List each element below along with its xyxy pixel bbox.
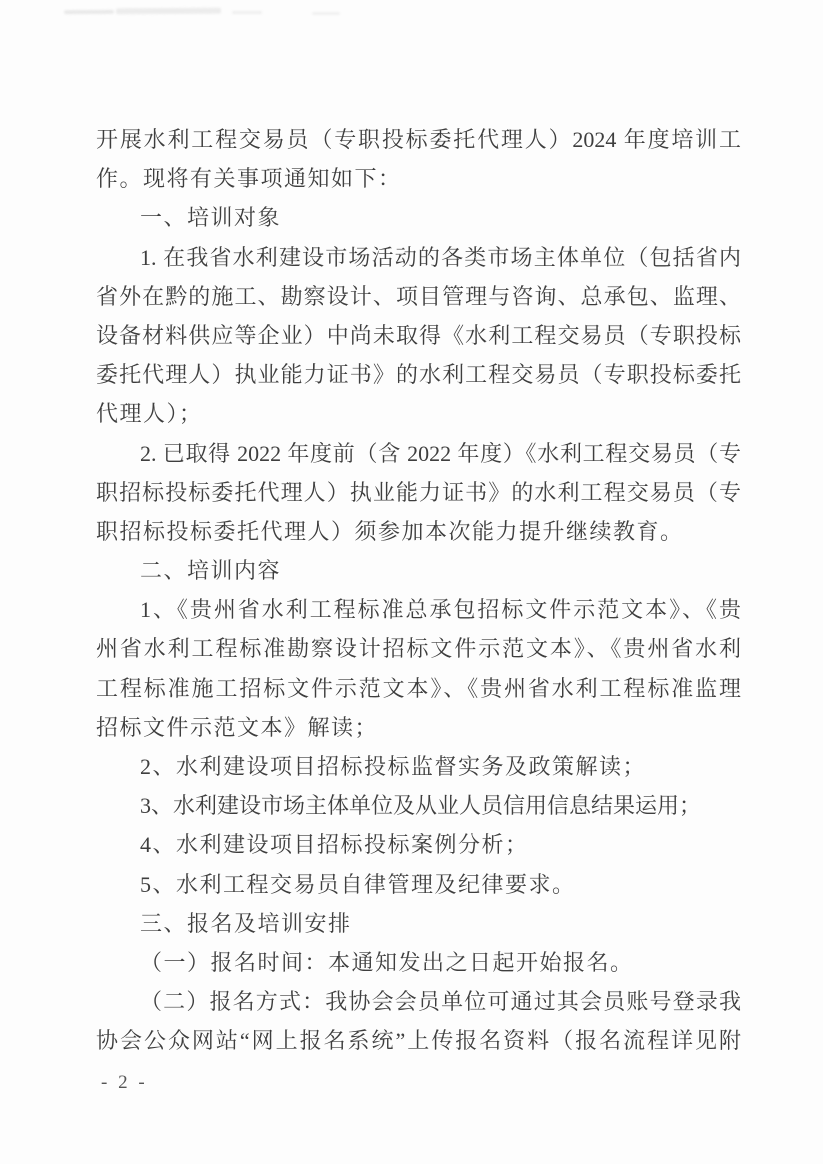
document-body: 开展水利工程交易员（专职投标委托代理人）2024 年度培训工 作。现将有关事项通… — [96, 120, 741, 1061]
section-heading-training-targets: 一、培训对象 — [96, 198, 741, 237]
doc-line: （一）报名时间：本通知发出之日起开始报名。 — [96, 943, 741, 982]
section-heading-training-content: 二、培训内容 — [96, 551, 741, 590]
doc-line: 5、水利工程交易员自律管理及纪律要求。 — [96, 865, 741, 904]
doc-line: 委托代理人）执业能力证书》的水利工程交易员（专职投标委托 — [96, 355, 741, 394]
doc-line: 4、水利建设项目招标投标案例分析； — [96, 825, 741, 864]
doc-line: 2、水利建设项目招标投标监督实务及政策解读； — [96, 747, 741, 786]
doc-line: 职招标投标委托代理人）须参加本次能力提升继续教育。 — [96, 512, 741, 551]
scan-artifact — [116, 8, 221, 15]
scan-artifact — [312, 12, 340, 15]
doc-line: 2. 已取得 2022 年度前（含 2022 年度）《水利工程交易员（专 — [96, 434, 741, 473]
doc-line: 开展水利工程交易员（专职投标委托代理人）2024 年度培训工 — [96, 120, 741, 159]
doc-line: 作。现将有关事项通知如下： — [96, 159, 741, 198]
doc-line: 协会公众网站“网上报名系统”上传报名资料（报名流程详见附 — [96, 1021, 741, 1060]
doc-line: 1. 在我省水利建设市场活动的各类市场主体单位（包括省内 — [96, 238, 741, 277]
doc-line: 州省水利工程标准勘察设计招标文件示范文本》、《贵州省水利 — [96, 629, 741, 668]
doc-line: 1、《贵州省水利工程标准总承包招标文件示范文本》、《贵 — [96, 590, 741, 629]
scan-artifact — [64, 10, 114, 14]
doc-line: 省外在黔的施工、勘察设计、项目管理与咨询、总承包、监理、 — [96, 277, 741, 316]
doc-line: 职招标投标委托代理人）执业能力证书》的水利工程交易员（专 — [96, 473, 741, 512]
doc-line: 设备材料供应等企业）中尚未取得《水利工程交易员（专职投标 — [96, 316, 741, 355]
doc-line: 招标文件示范文本》解读； — [96, 708, 741, 747]
scanned-document-page: 开展水利工程交易员（专职投标委托代理人）2024 年度培训工 作。现将有关事项通… — [0, 0, 823, 1164]
scan-artifact — [232, 11, 262, 14]
doc-line: 3、水利建设市场主体单位及从业人员信用信息结果运用； — [96, 786, 741, 825]
doc-line: （二）报名方式：我协会会员单位可通过其会员账号登录我 — [96, 982, 741, 1021]
section-heading-registration: 三、报名及培训安排 — [96, 904, 741, 943]
page-number: - 2 - — [101, 1070, 148, 1096]
doc-line: 代理人）； — [96, 394, 741, 433]
doc-line: 工程标准施工招标文件示范文本》、《贵州省水利工程标准监理 — [96, 669, 741, 708]
